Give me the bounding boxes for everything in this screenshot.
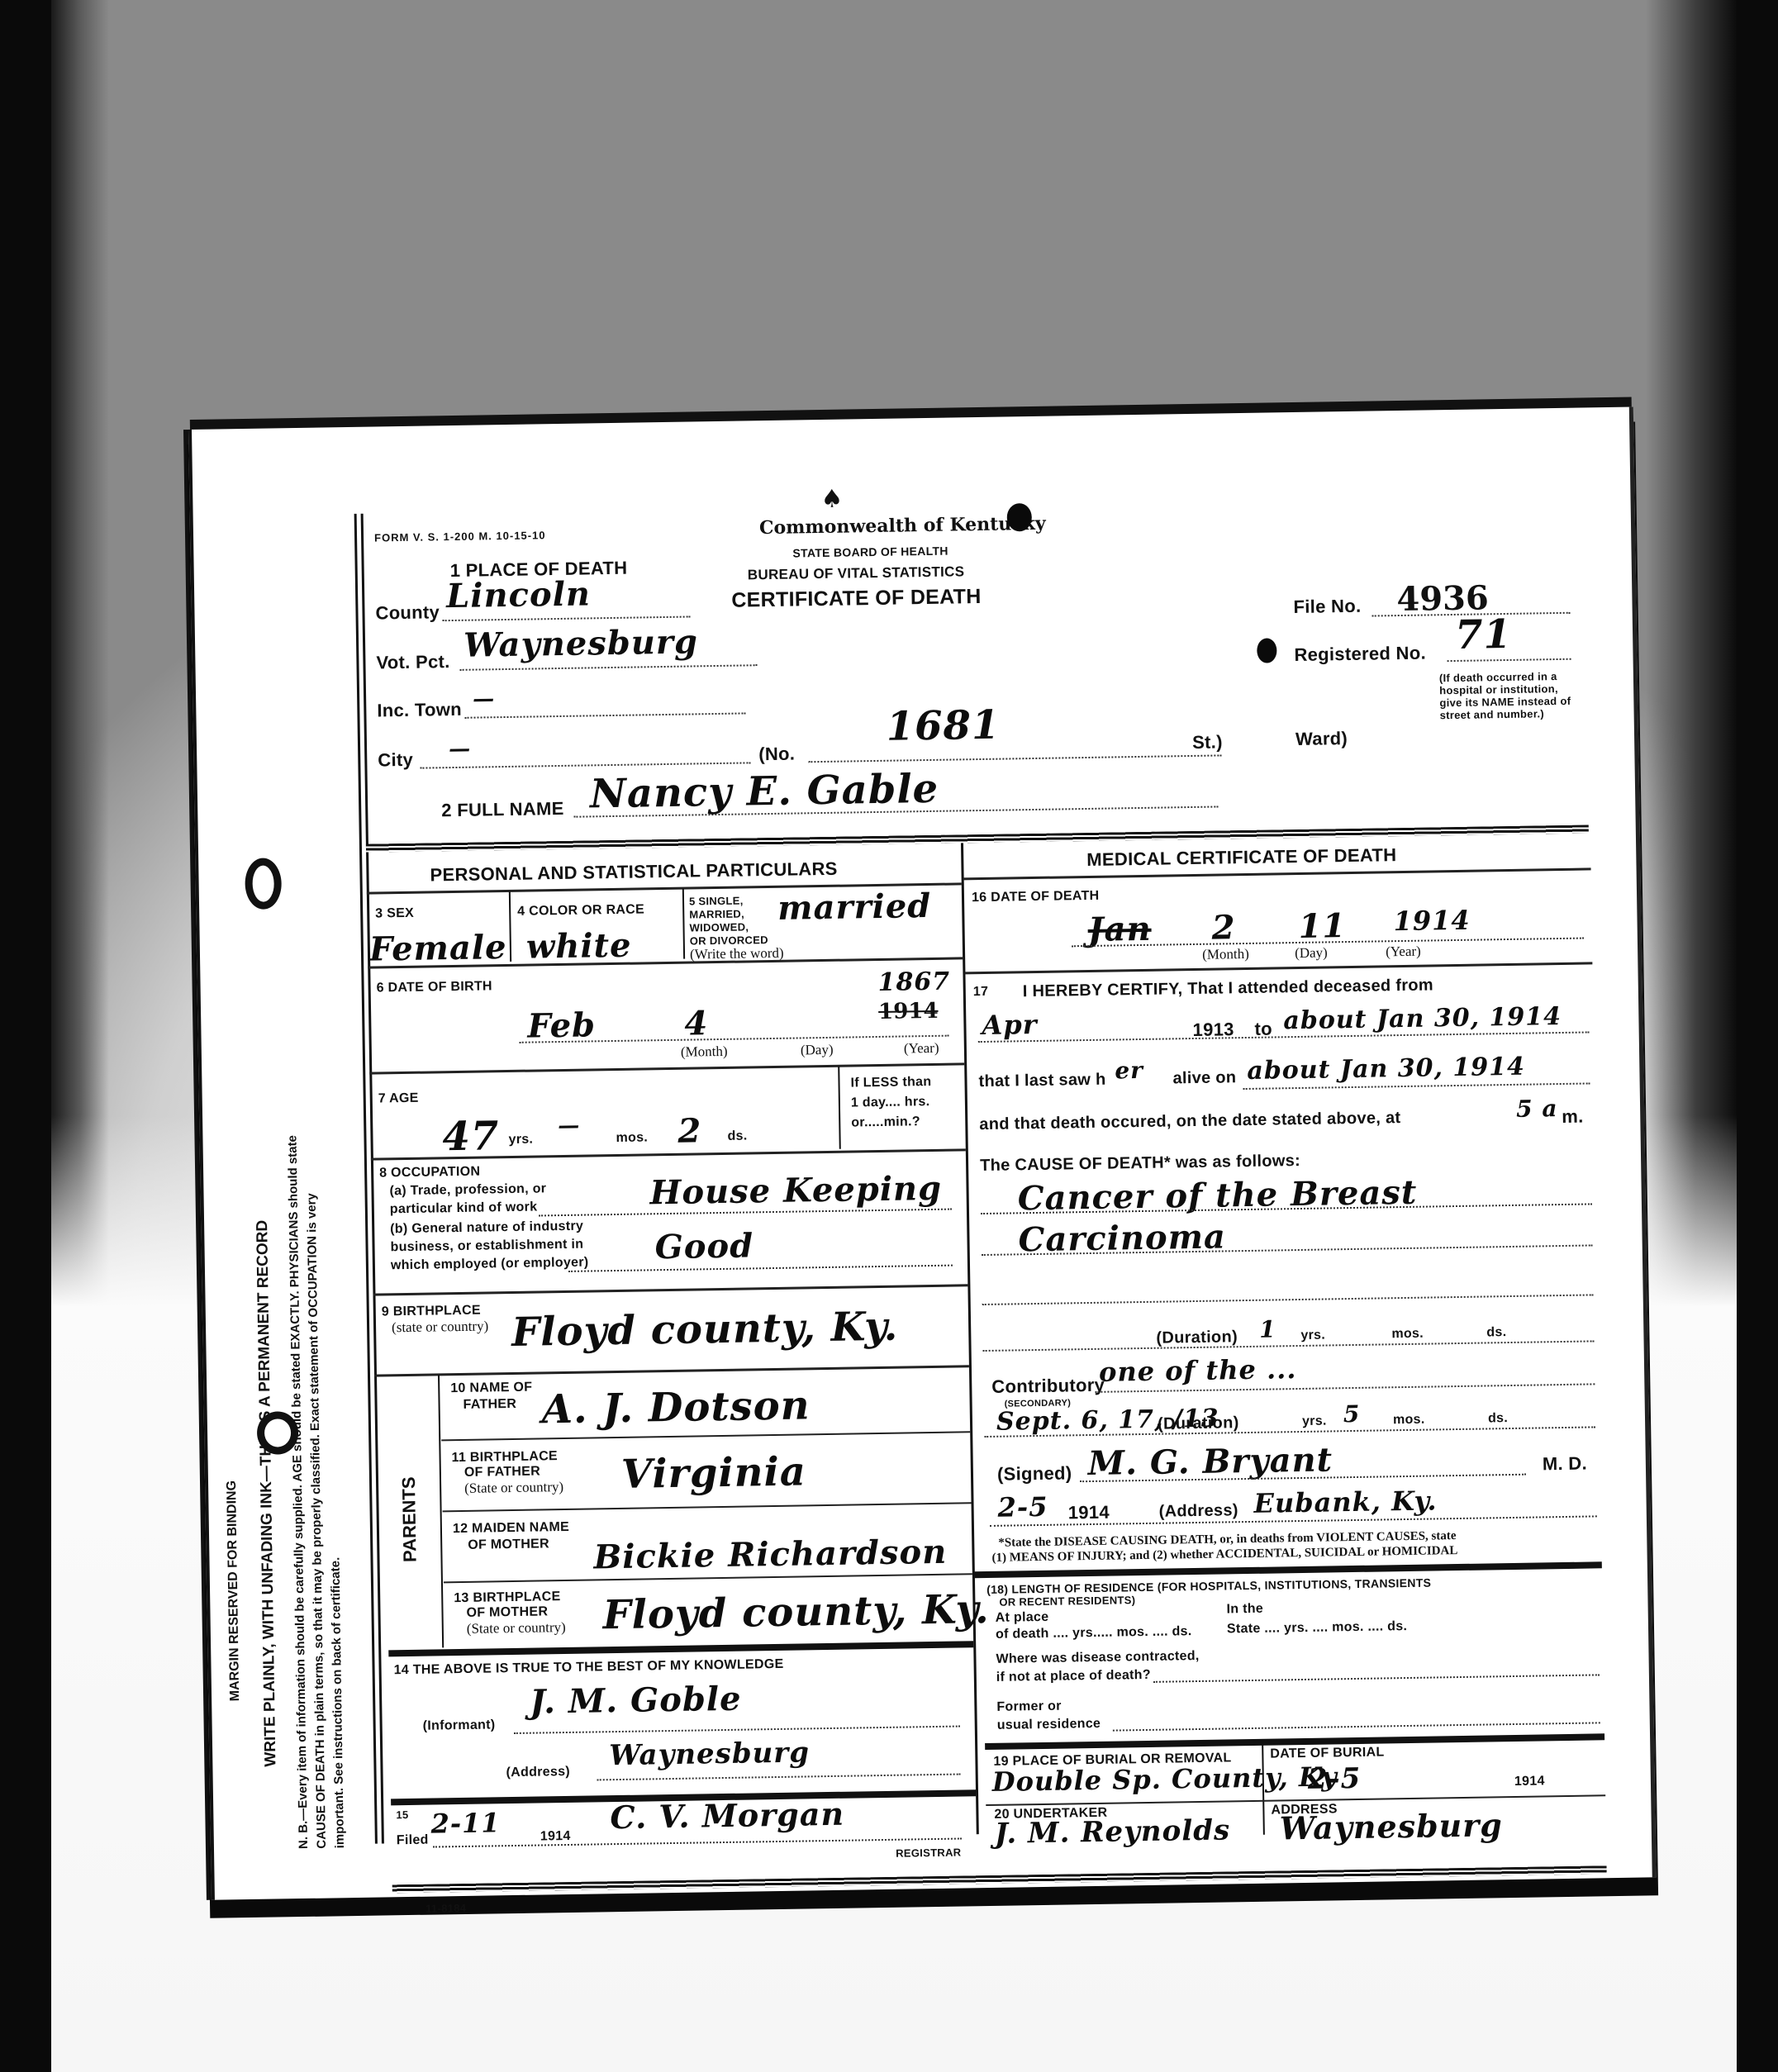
inc-town-label: Inc. Town	[377, 699, 462, 722]
contributory-value: one of the ...	[1099, 1353, 1297, 1388]
birthplace-sublabel: (state or country)	[392, 1318, 488, 1336]
age-label: 7 AGE	[378, 1091, 419, 1107]
attended-from-year: 1913	[1192, 1019, 1234, 1041]
contributory-mos-label: mos.	[1393, 1413, 1425, 1428]
footer-code: 11-8184	[425, 1902, 466, 1915]
age-years: 47	[442, 1113, 500, 1160]
at-place-label-2: of death .... yrs..... mos. .... ds.	[996, 1624, 1192, 1642]
burial-date-label: DATE OF BURIAL	[1270, 1745, 1384, 1761]
father-name-label-2: FATHER	[463, 1397, 516, 1413]
county-label: County	[375, 601, 440, 624]
duration-label: (Duration)	[1156, 1328, 1238, 1348]
death-year-caption: (Year)	[1386, 943, 1421, 961]
age-ds-label: ds.	[727, 1129, 747, 1143]
former-residence-label-1: Former or	[996, 1699, 1062, 1715]
city-label: City	[378, 749, 413, 772]
marital-label-1: 5 SINGLE,	[689, 895, 744, 908]
father-birthplace-label-3: (State or country)	[464, 1479, 563, 1497]
contributory-yrs-label: yrs.	[1302, 1414, 1327, 1429]
death-month-struck: Jan	[1087, 910, 1152, 949]
mother-birthplace-label-1: 13 BIRTHPLACE	[454, 1590, 561, 1606]
dob-year-struck: 1914	[878, 999, 939, 1024]
father-name-label-1: 10 NAME OF	[450, 1381, 532, 1397]
personal-header: PERSONAL AND STATISTICAL PARTICULARS	[430, 858, 838, 886]
father-birthplace-label-1: 11 BIRTHPLACE	[451, 1449, 558, 1466]
occupation-trade-value: House Keeping	[649, 1169, 942, 1213]
dob-year-caption: (Year)	[904, 1040, 939, 1057]
age-months: —	[558, 1114, 580, 1138]
registered-no-label: Registered No.	[1294, 643, 1426, 667]
registrar-label: REGISTRAR	[896, 1846, 961, 1860]
death-time-suffix: m.	[1562, 1106, 1584, 1128]
ink-blot	[1257, 638, 1276, 663]
age-days: 2	[677, 1111, 702, 1150]
undertaker-value: J. M. Reynolds	[995, 1813, 1231, 1850]
full-name-value: Nancy E. Gable	[590, 766, 939, 818]
in-state-label-1: In the	[1226, 1602, 1263, 1618]
signed-year: 1914	[1068, 1502, 1110, 1524]
birthplace-value: Floyd county, Ky.	[511, 1304, 899, 1356]
mother-name-value: Bickie Richardson	[593, 1533, 947, 1577]
sex-label: 3 SEX	[375, 906, 414, 922]
death-day: 11	[1298, 906, 1346, 946]
informant-address-value: Waynesburg	[609, 1736, 810, 1772]
father-birthplace-label-2: OF FATHER	[464, 1464, 540, 1480]
occ-b-label-1: (b) General nature of industry	[390, 1219, 583, 1238]
marital-label-3: WIDOWED,	[689, 920, 749, 934]
dob-day: 4	[684, 1004, 709, 1043]
margin-note-line-3: important. See instructions on back of c…	[328, 1557, 347, 1849]
signed-date: 2-5	[997, 1491, 1048, 1523]
father-name-value: A. J. Dotson	[541, 1382, 811, 1433]
death-time-text: and that death occured, on the date stat…	[979, 1109, 1400, 1134]
dob-day-caption: (Day)	[801, 1042, 834, 1059]
contributory-duration-months: 5	[1343, 1400, 1361, 1428]
inc-town-value: —	[473, 687, 495, 711]
filed-label: Filed	[397, 1833, 429, 1849]
street-label: St.)	[1192, 731, 1223, 753]
mother-birthplace-label-3: (State or country)	[467, 1619, 566, 1637]
death-year: 1914	[1393, 905, 1471, 937]
form-number: FORM V. S. 1-200 M. 10-15-10	[374, 529, 546, 544]
contributory-label: Contributory	[991, 1375, 1105, 1398]
mother-name-label-1: 12 MAIDEN NAME	[453, 1520, 569, 1537]
header-divider	[366, 825, 1589, 852]
full-name-label: 2 FULL NAME	[441, 798, 564, 821]
mother-birthplace-label-2: OF MOTHER	[466, 1604, 548, 1621]
less-than-label-3: or.....min.?	[851, 1114, 920, 1130]
duration-ds-label: ds.	[1486, 1325, 1506, 1340]
street-no-value: 1681	[886, 702, 1000, 750]
issuer-bureau: BUREAU OF VITAL STATISTICS	[748, 563, 965, 583]
certificate-form: FORM V. S. 1-200 M. 10-15-10 ♠ Commonwea…	[354, 494, 1614, 1843]
cause-of-death-label: The CAUSE OF DEATH* was as follows:	[980, 1152, 1300, 1176]
less-than-label-2: 1 day.... hrs.	[851, 1095, 930, 1110]
burial-date-year: 1914	[1514, 1774, 1545, 1789]
in-state-label-2: State .... yrs. .... mos. .... ds.	[1227, 1619, 1408, 1637]
marital-value: married	[777, 886, 932, 928]
alive-on-value: about Jan 30, 1914	[1247, 1053, 1525, 1086]
mother-name-label-2: OF MOTHER	[468, 1537, 549, 1553]
undertaker-address-value: Waynesburg	[1279, 1806, 1503, 1846]
margin-write-plainly-text: WRITE PLAINLY, WITH UNFADING INK—THIS IS…	[254, 1220, 280, 1767]
death-month: 2	[1211, 908, 1236, 947]
duration-mos-label: mos.	[1391, 1327, 1424, 1343]
hospital-note: (If death occurred in a hospital or inst…	[1439, 670, 1576, 722]
duration-years: 1	[1259, 1315, 1276, 1343]
sex-value: Female	[369, 928, 507, 969]
dob-year: 1867	[877, 967, 950, 997]
contributory-ds-label: ds.	[1488, 1411, 1508, 1426]
certify-text: I HEREBY CERTIFY, That I attended deceas…	[1023, 976, 1433, 1001]
issuer-commonwealth: Commonwealth of Kentucky	[759, 513, 1046, 539]
contracted-label-2: if not at place of death?	[996, 1668, 1151, 1685]
duration-yrs-label: yrs.	[1300, 1328, 1325, 1343]
punch-hole-icon	[245, 858, 282, 910]
informant-value: J. M. Goble	[530, 1680, 742, 1722]
occupation-industry-value: Good	[654, 1226, 754, 1266]
race-value: white	[526, 926, 632, 967]
ward-label: Ward)	[1295, 728, 1348, 750]
date-of-death-label: 16 DATE OF DEATH	[972, 889, 1100, 905]
death-month-caption: (Month)	[1202, 946, 1249, 963]
filed-year: 1914	[540, 1829, 571, 1845]
to-label: to	[1254, 1018, 1272, 1039]
contributory-duration-label: (Duration)	[1158, 1414, 1239, 1434]
attended-from: Apr	[982, 1009, 1038, 1041]
death-time-value: 5 a	[1516, 1095, 1558, 1123]
residence-label-1: (18) LENGTH OF RESIDENCE (FOR HOSPITALS,…	[986, 1576, 1431, 1596]
occ-a-label-1: (a) Trade, profession, or	[389, 1181, 546, 1199]
occ-a-label-2: particular kind of work	[390, 1200, 538, 1217]
mother-birthplace-value: Floyd county, Ky.	[602, 1586, 990, 1638]
kentucky-seal-icon: ♠	[820, 485, 843, 514]
street-no-label: (No.	[758, 744, 795, 766]
margin-binding-text: MARGIN RESERVED FOR BINDING	[225, 1480, 243, 1702]
burial-date-value: 2-5	[1308, 1762, 1362, 1796]
signed-label: (Signed)	[997, 1462, 1072, 1485]
registrar-value: C. V. Morgan	[610, 1795, 844, 1836]
informant-label: (Informant)	[423, 1718, 496, 1733]
last-saw-pronoun: er	[1115, 1057, 1143, 1085]
marital-label-2: MARRIED,	[689, 908, 744, 921]
document-title: CERTIFICATE OF DEATH	[731, 585, 982, 613]
dob-label: 6 DATE OF BIRTH	[377, 979, 492, 996]
parents-side-label: PARENTS	[398, 1476, 421, 1562]
item-15-label: 15	[396, 1808, 408, 1821]
occ-b-label-2: business, or establishment in	[390, 1238, 583, 1256]
residence-label-2: OR RECENT RESIDENTS)	[999, 1594, 1135, 1609]
physician-address-value: Eubank, Ky.	[1253, 1485, 1437, 1518]
occ-b-label-3: which employed (or employer)	[391, 1256, 589, 1274]
issuer-board: STATE BOARD OF HEALTH	[792, 544, 948, 560]
informant-address-label: (Address)	[506, 1765, 570, 1780]
vot-pct-value: Waynesburg	[464, 622, 698, 664]
physician-address-label: (Address)	[1159, 1501, 1238, 1522]
county-value: Lincoln	[446, 574, 591, 615]
dob-month-caption: (Month)	[681, 1043, 728, 1061]
burial-place-value: Double Sp. County, Ky	[992, 1761, 1338, 1798]
occupation-label: 8 OCCUPATION	[379, 1165, 480, 1181]
alive-on-label: alive on	[1172, 1068, 1236, 1088]
filed-date: 2-11	[430, 1807, 501, 1839]
attended-to: about Jan 30, 1914	[1283, 1002, 1562, 1035]
contracted-label-1: Where was disease contracted,	[996, 1649, 1199, 1667]
vot-pct-label: Vot. Pct.	[376, 651, 449, 673]
death-certificate: MARGIN RESERVED FOR BINDING WRITE PLAINL…	[188, 407, 1657, 1900]
less-than-label-1: If LESS than	[850, 1075, 931, 1091]
birthplace-label: 9 BIRTHPLACE	[382, 1304, 481, 1320]
city-value: —	[449, 737, 471, 762]
dob-month: Feb	[527, 1005, 596, 1045]
age-mos-label: mos.	[616, 1130, 648, 1146]
at-place-label-1: At place	[996, 1610, 1049, 1626]
medical-header: MEDICAL CERTIFICATE OF DEATH	[1086, 844, 1396, 871]
father-birthplace-value: Virginia	[620, 1448, 806, 1498]
file-no-label: File No.	[1293, 596, 1361, 618]
md-label: M. D.	[1543, 1453, 1587, 1476]
age-yrs-label: yrs.	[508, 1133, 533, 1148]
registered-no-value: 71	[1455, 611, 1513, 658]
death-day-caption: (Day)	[1295, 944, 1328, 962]
informant-statement: 14 THE ABOVE IS TRUE TO THE BEST OF MY K…	[393, 1657, 783, 1678]
item-17-label: 17	[973, 985, 989, 1000]
former-residence-label-2: usual residence	[997, 1717, 1101, 1733]
race-label: 4 COLOR OR RACE	[517, 902, 644, 919]
last-saw-label: that I last saw h	[978, 1071, 1105, 1091]
